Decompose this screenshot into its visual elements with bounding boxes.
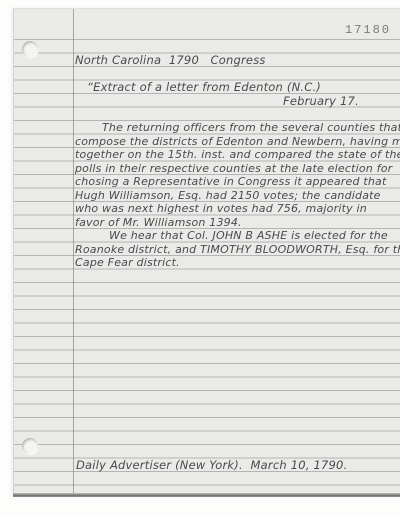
scanned-document-page: 17180 North Carolina 1790 Congress “Extr… — [0, 0, 400, 517]
body-line: chosing a Representative in Congress it … — [75, 175, 387, 188]
paper-card: 17180 North Carolina 1790 Congress “Extr… — [13, 8, 400, 496]
body-line: Roanoke district, and TIMOTHY BLOODWORTH… — [75, 243, 400, 256]
body-line: The returning officers from the several … — [102, 121, 400, 134]
body-line: favor of Mr. Williamson 1394. — [75, 216, 242, 229]
document-dateline: February 17. — [283, 95, 359, 108]
margin-line — [73, 9, 74, 496]
punch-hole-top — [22, 41, 38, 57]
page-bottom-shadow — [13, 493, 400, 497]
body-line: We hear that Col. JOHN B ASHE is elected… — [109, 229, 388, 242]
accession-number-stamp: 17180 — [345, 23, 391, 37]
body-line: who was next highest in votes had 756, m… — [75, 202, 367, 215]
body-line: compose the districts of Edenton and New… — [75, 135, 400, 148]
body-line: Hugh Williamson, Esq. had 2150 votes; th… — [75, 189, 381, 202]
document-subheading: “Extract of a letter from Edenton (N.C.) — [87, 81, 321, 94]
body-line: polls in their respective counties at th… — [75, 162, 392, 175]
document-heading: North Carolina 1790 Congress — [75, 54, 266, 67]
body-line: together on the 15th. inst. and compared… — [75, 148, 400, 161]
source-citation: Daily Advertiser (New York). March 10, 1… — [76, 459, 347, 472]
body-line: Cape Fear district. — [75, 256, 180, 269]
punch-hole-bottom — [22, 438, 38, 454]
